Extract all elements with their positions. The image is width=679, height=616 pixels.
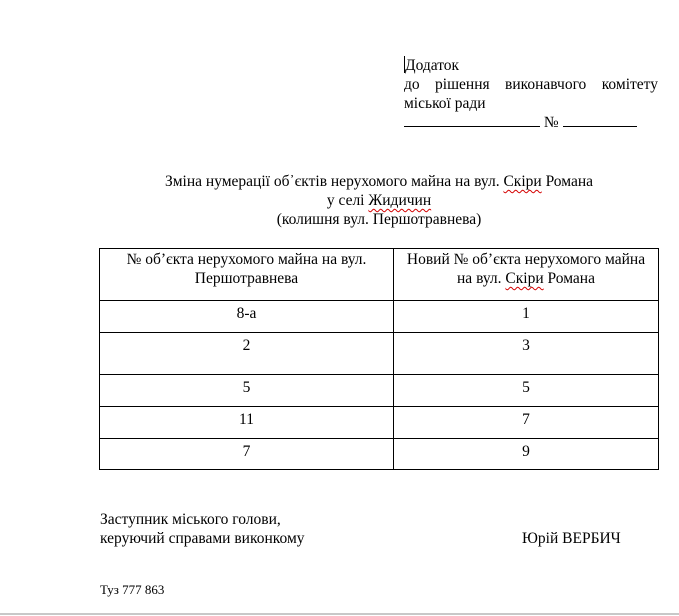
annex-word: виконавчого <box>505 75 586 94</box>
annex-label: Додаток <box>405 57 459 74</box>
old-number-cell: 8-а <box>100 301 394 333</box>
annex-title: Додаток <box>404 56 658 75</box>
signer-position-line-2: керуючий справами виконкому <box>100 529 305 548</box>
header-text: Романа <box>548 270 595 287</box>
old-number-cell: 2 <box>100 333 394 375</box>
number-blank <box>563 113 637 127</box>
table-row: 2 3 <box>100 333 659 375</box>
title-text: Зміна нумерації об᾿єктів нерухомого майн… <box>165 173 500 190</box>
village-name: Жидичин <box>368 192 431 209</box>
new-number-cell: 7 <box>394 407 659 439</box>
annex-word: до <box>404 75 420 94</box>
annex-block: Додаток до рішення виконавчого комітету … <box>404 56 658 132</box>
old-number-cell: 11 <box>100 407 394 439</box>
street-name: Скіри <box>505 270 543 287</box>
signer-position-line-1: Заступник міського голови, <box>100 510 305 529</box>
document-title: Зміна нумерації об᾿єктів нерухомого майн… <box>100 172 658 229</box>
signer-position: Заступник міського голови, керуючий спра… <box>100 510 305 548</box>
title-line-1: Зміна нумерації об᾿єктів нерухомого майн… <box>100 172 658 191</box>
title-line-3: (колишня вул. Першотравнева) <box>100 210 658 229</box>
table-row: 11 7 <box>100 407 659 439</box>
table-row: 7 9 <box>100 439 659 470</box>
annex-council: міської ради <box>404 94 658 113</box>
page-edge-divider <box>0 613 679 615</box>
header-old-number: № об’єкта нерухомого майна на вул. Першо… <box>100 249 394 301</box>
annex-word: комітету <box>602 75 658 94</box>
renumbering-table: № об’єкта нерухомого майна на вул. Першо… <box>99 248 659 470</box>
title-text: у селі <box>327 192 365 209</box>
new-number-cell: 5 <box>394 375 659 407</box>
date-blank <box>404 113 540 127</box>
title-line-2: у селі Жидичин <box>100 191 658 210</box>
title-text: Романа <box>546 173 593 190</box>
new-number-cell: 9 <box>394 439 659 470</box>
executor-note: Туз 777 863 <box>100 582 164 598</box>
signer-name: Юрій ВЕРБИЧ <box>522 529 621 548</box>
annex-date-number-line: № <box>404 113 658 132</box>
table-row: 8-а 1 <box>100 301 659 333</box>
annex-word: рішення <box>435 75 490 94</box>
street-name: Скіри <box>503 173 541 190</box>
old-number-cell: 5 <box>100 375 394 407</box>
new-number-cell: 3 <box>394 333 659 375</box>
table-row: 5 5 <box>100 375 659 407</box>
table-header-row: № об’єкта нерухомого майна на вул. Першо… <box>100 249 659 301</box>
number-sign: № <box>544 114 559 131</box>
new-number-cell: 1 <box>394 301 659 333</box>
header-new-number: Новий № об’єкта нерухомого майна на вул.… <box>394 249 659 301</box>
annex-decision-line: до рішення виконавчого комітету <box>404 75 658 94</box>
old-number-cell: 7 <box>100 439 394 470</box>
